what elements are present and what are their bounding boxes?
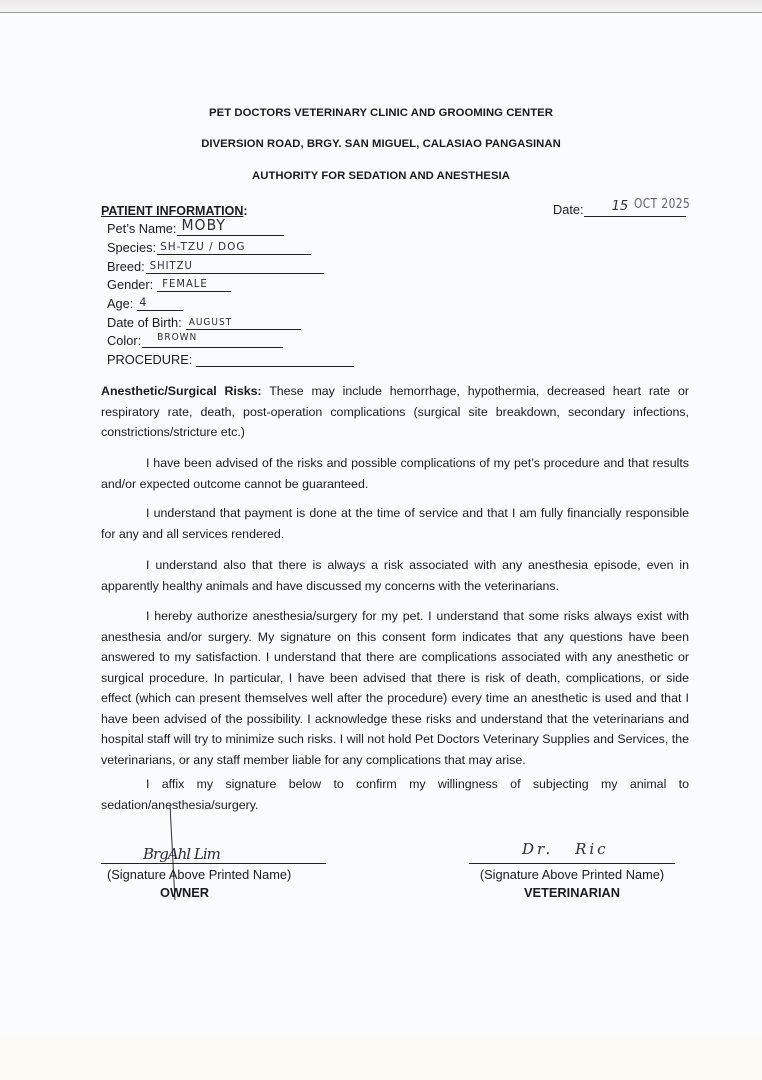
pets-name-value: MOBY: [181, 218, 226, 235]
pets-name-field[interactable]: Pet’s Name: MOBY: [107, 221, 284, 236]
scan-edge-bottom: [0, 1035, 762, 1080]
date-label: Date:: [553, 202, 584, 217]
form-title: AUTHORITY FOR SEDATION AND ANESTHESIA: [0, 170, 762, 182]
date-stamp: OCT 2025: [634, 197, 690, 212]
patient-information-heading: PATIENT INFORMATION:: [101, 204, 248, 218]
owner-signature-line: [101, 863, 326, 864]
date-field[interactable]: Date: 15 OCT 2025: [553, 201, 686, 217]
consent-paragraph-3: I understand also that there is always a…: [101, 555, 689, 596]
consent-paragraph-2: I understand that payment is done at the…: [101, 503, 689, 544]
owner-role: OWNER: [160, 885, 326, 900]
consent-paragraph-1: I have been advised of the risks and pos…: [101, 453, 689, 494]
age-field[interactable]: Age: 4: [107, 296, 183, 311]
color-value: BROWN: [157, 333, 197, 344]
clinic-address: DIVERSION ROAD, BRGY. SAN MIGUEL, CALASI…: [0, 138, 762, 150]
consent-paragraph-4: I hereby authorize anesthesia/surgery fo…: [101, 606, 689, 770]
age-value: 4: [139, 296, 147, 310]
gender-value: FEMALE: [162, 279, 207, 291]
scan-edge-top: [0, 0, 762, 13]
date-of-birth-field[interactable]: Date of Birth: AUGUST: [107, 315, 301, 330]
date-day-handwritten: 15: [612, 199, 629, 214]
risks-paragraph: Anesthetic/Surgical Risks: These may inc…: [101, 381, 689, 443]
veterinarian-signature-line: [469, 863, 675, 864]
veterinarian-role: VETERINARIAN: [469, 885, 675, 900]
procedure-field[interactable]: PROCEDURE:: [107, 352, 354, 367]
date-of-birth-value: AUGUST: [189, 318, 233, 329]
species-value: SH-TZU / DOG: [160, 241, 245, 254]
owner-signature-caption: (Signature Above Printed Name): [107, 867, 326, 882]
veterinarian-signature-caption: (Signature Above Printed Name): [469, 867, 675, 882]
veterinarian-signature-block[interactable]: (Signature Above Printed Name) VETERINAR…: [469, 863, 675, 900]
risks-label: Anesthetic/Surgical Risks:: [101, 384, 262, 398]
consent-paragraph-5: I affix my signature below to confirm my…: [101, 774, 689, 815]
gender-field[interactable]: Gender: FEMALE: [107, 277, 231, 292]
clinic-name: PET DOCTORS VETERINARY CLINIC AND GROOMI…: [0, 107, 762, 119]
veterinarian-signature: Dr. Ric: [522, 840, 609, 858]
date-line: 15 OCT 2025: [584, 201, 686, 217]
breed-field[interactable]: Breed: SHITZU: [107, 259, 324, 274]
breed-value: SHITZU: [150, 261, 193, 273]
owner-signature: BrgAhl Lim: [143, 845, 220, 863]
color-field[interactable]: Color: BROWN: [107, 333, 283, 348]
species-field[interactable]: Species: SH-TZU / DOG: [107, 240, 311, 255]
owner-signature-block[interactable]: (Signature Above Printed Name) OWNER: [101, 863, 326, 900]
